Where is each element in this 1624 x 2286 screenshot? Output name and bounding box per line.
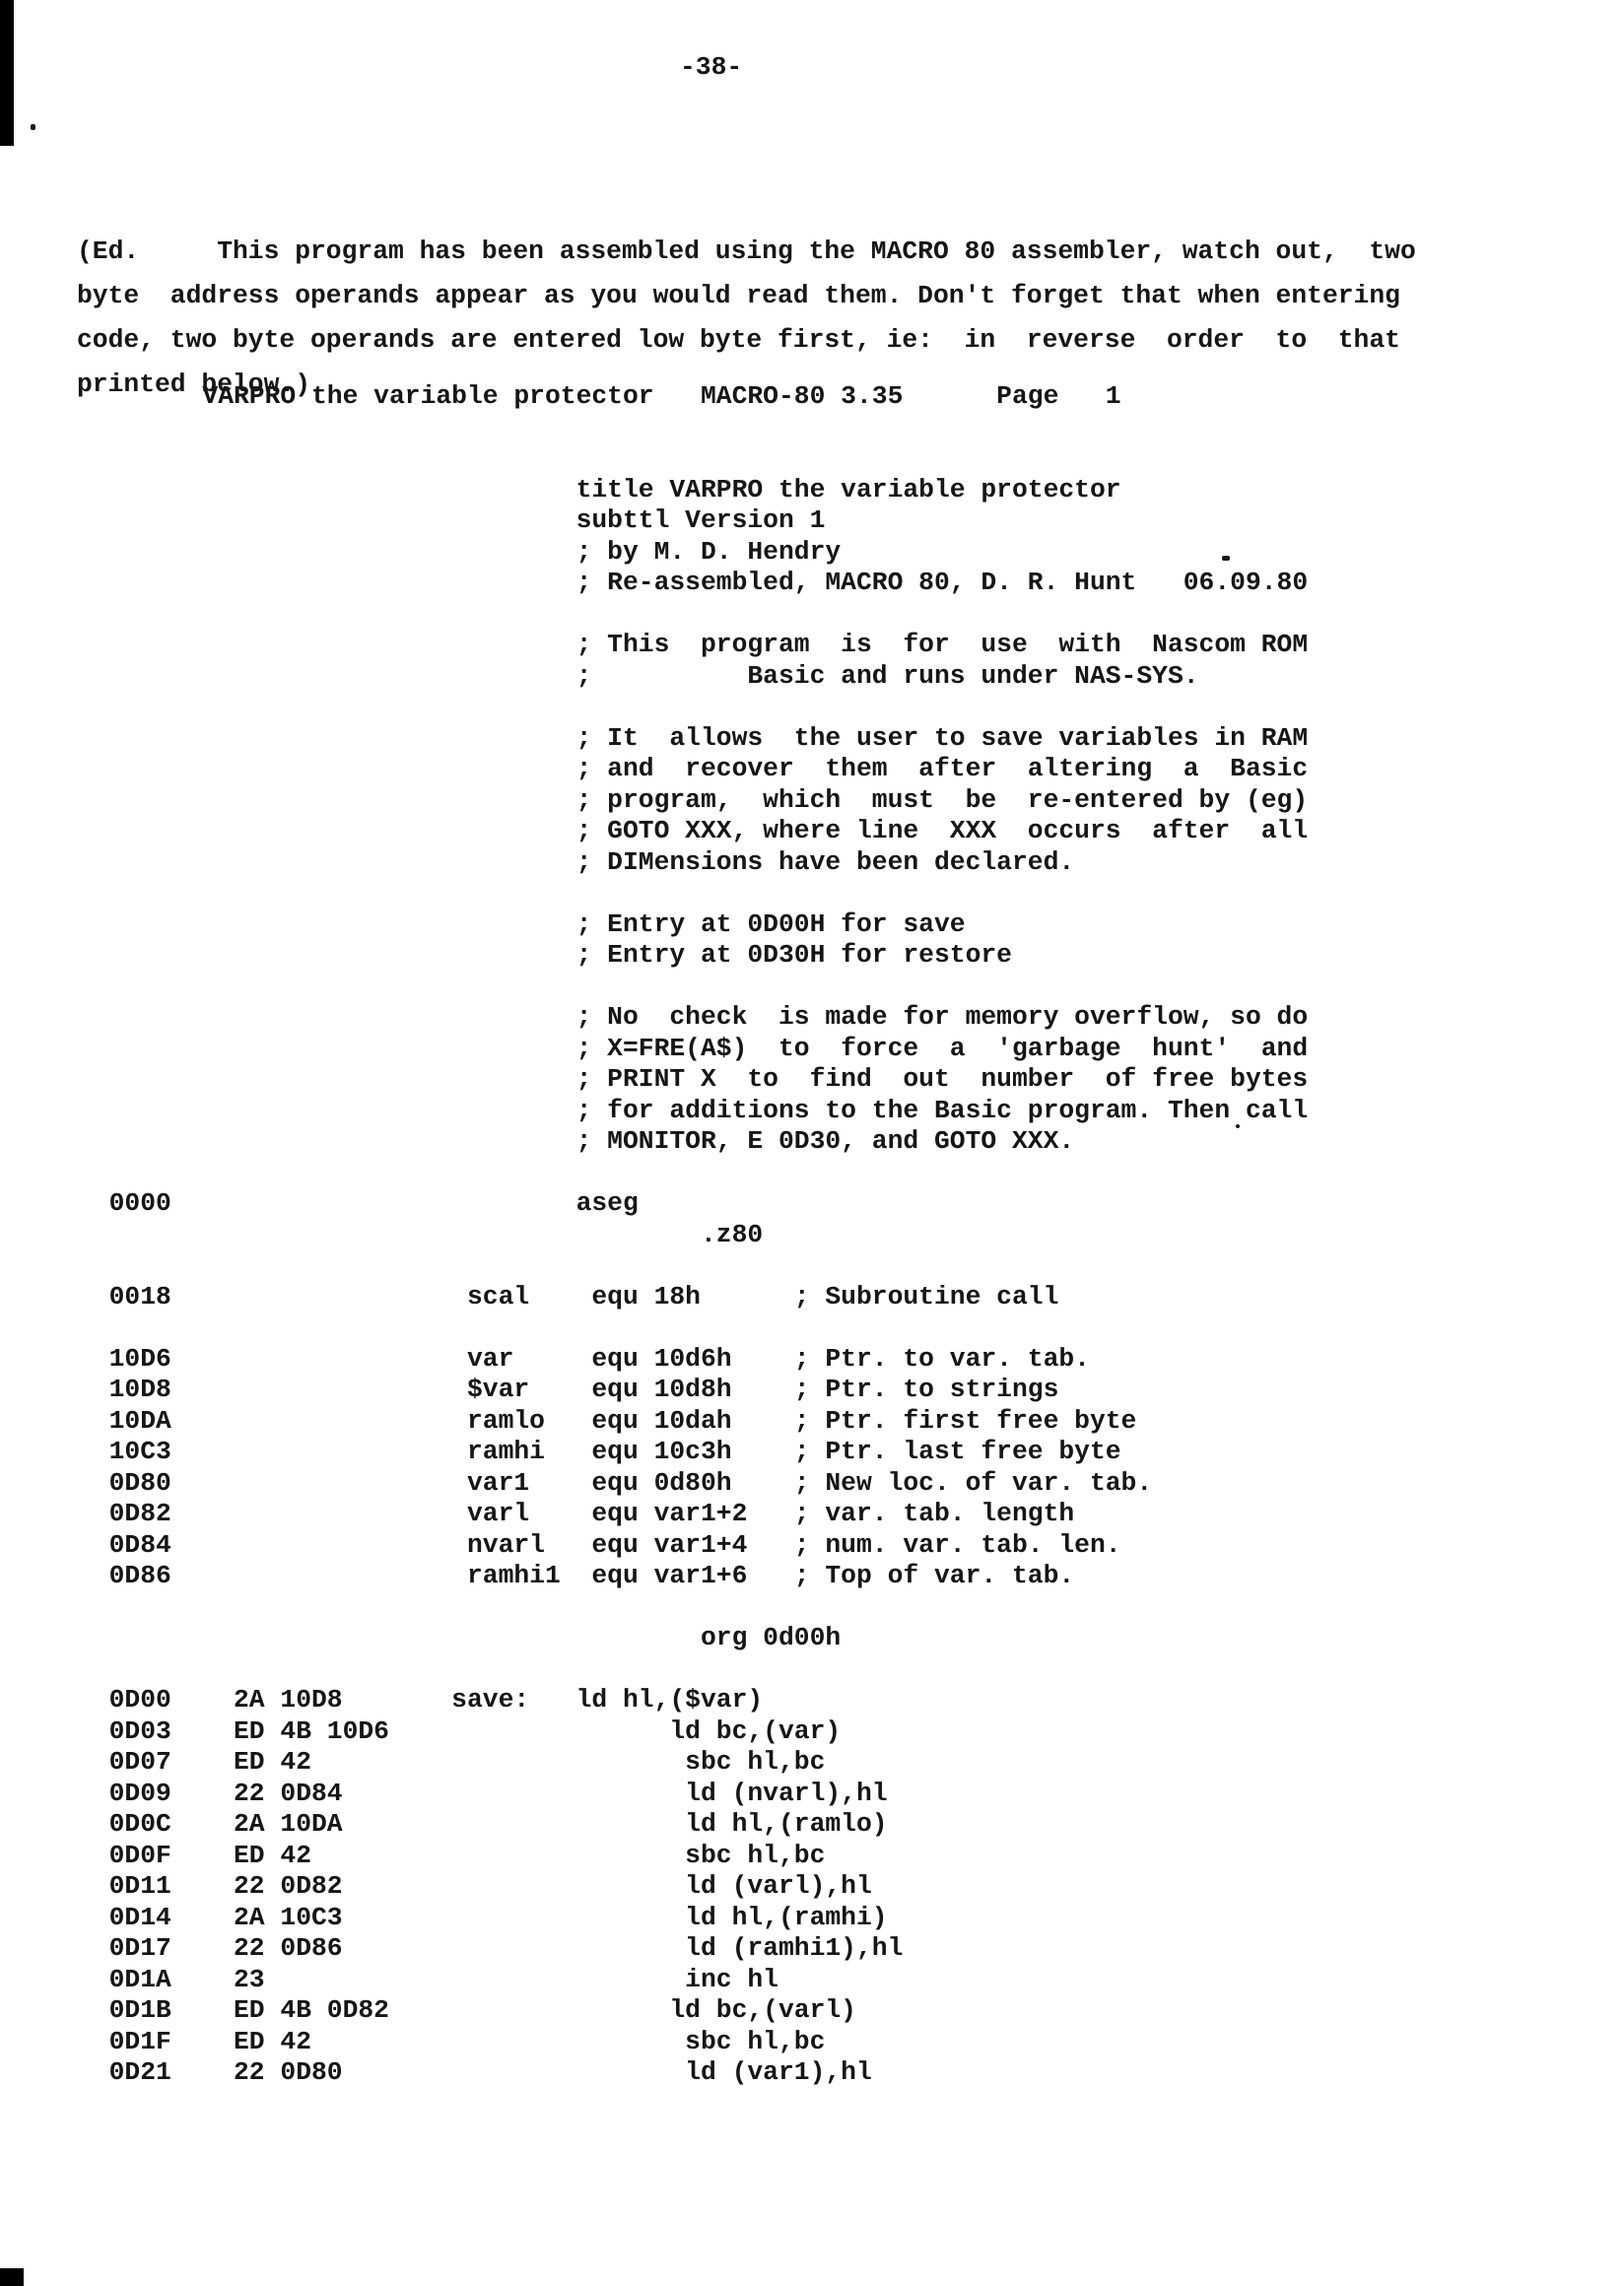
listing-line xyxy=(0,1654,1308,1686)
listing-line: 0D17 22 0D86 ld (ramhi1),hl xyxy=(0,1933,1308,1965)
listing-line xyxy=(0,972,1308,1003)
listing-line: 0D0F ED 42 sbc hl,bc xyxy=(0,1841,1308,1872)
listing-line xyxy=(0,1158,1308,1189)
listing-line xyxy=(0,413,1308,444)
listing-line xyxy=(0,878,1308,909)
listing-line: .z80 xyxy=(0,1220,1308,1251)
listing-line: 0018 scal equ 18h ; Subroutine call xyxy=(0,1282,1308,1313)
listing-line: ; Re-assembled, MACRO 80, D. R. Hunt 06.… xyxy=(0,568,1308,599)
listing-line: 10DA ramlo equ 10dah ; Ptr. first free b… xyxy=(0,1406,1308,1438)
listing-line: 0D84 nvarl equ var1+4 ; num. var. tab. l… xyxy=(0,1530,1308,1562)
listing-line: ; GOTO XXX, where line XXX occurs after … xyxy=(0,816,1308,847)
listing-line xyxy=(0,599,1308,631)
listing-line: ; MONITOR, E 0D30, and GOTO XXX. xyxy=(0,1126,1308,1158)
listing-line: title VARPRO the variable protector xyxy=(0,475,1308,506)
listing-line xyxy=(0,692,1308,723)
editor-note: (Ed. This program has been assembled usi… xyxy=(77,230,1416,407)
listing-line xyxy=(0,1312,1308,1344)
listing-line: 0D1F ED 42 sbc hl,bc xyxy=(0,2027,1308,2058)
listing-line: 0D11 22 0D82 ld (varl),hl xyxy=(0,1871,1308,1903)
scan-speck xyxy=(31,124,35,130)
listing-line xyxy=(0,443,1308,475)
listing-line: ; by M. D. Hendry xyxy=(0,537,1308,569)
scan-artifact-bottom-left xyxy=(0,2268,24,2286)
listing-line: 10D8 $var equ 10d8h ; Ptr. to strings xyxy=(0,1375,1308,1406)
listing-line: 0D14 2A 10C3 ld hl,(ramhi) xyxy=(0,1903,1308,1934)
listing-line: subttl Version 1 xyxy=(0,505,1308,537)
listing-line xyxy=(0,1250,1308,1282)
listing-line: ; This program is for use with Nascom RO… xyxy=(0,630,1308,661)
listing-line: 0D86 ramhi1 equ var1+6 ; Top of var. tab… xyxy=(0,1561,1308,1592)
editor-note-line: byte address operands appear as you woul… xyxy=(77,274,1416,318)
listing-line: ; and recover them after altering a Basi… xyxy=(0,754,1308,785)
listing-line: 0D03 ED 4B 10D6 ld bc,(var) xyxy=(0,1716,1308,1748)
listing-line: ; Entry at 0D30H for restore xyxy=(0,940,1308,972)
listing-line: 0D1A 23 inc hl xyxy=(0,1965,1308,1996)
listing-line: 0000 aseg xyxy=(0,1188,1308,1220)
listing-line: 0D0C 2A 10DA ld hl,(ramlo) xyxy=(0,1809,1308,1841)
listing-line: ; No check is made for memory overflow, … xyxy=(0,1002,1308,1034)
listing-line: 10D6 var equ 10d6h ; Ptr. to var. tab. xyxy=(0,1344,1308,1376)
listing-line: 0D82 varl equ var1+2 ; var. tab. length xyxy=(0,1499,1308,1530)
listing-line: VARPRO the variable protector MACRO-80 3… xyxy=(0,381,1308,413)
listing-line: ; X=FRE(A$) to force a 'garbage hunt' an… xyxy=(0,1034,1308,1065)
editor-note-line: code, two byte operands are entered low … xyxy=(77,318,1416,363)
listing-line: ; It allows the user to save variables i… xyxy=(0,723,1308,755)
listing-line: 0D00 2A 10D8 save: ld hl,($var) xyxy=(0,1685,1308,1716)
listing-line: ; DIMensions have been declared. xyxy=(0,847,1308,879)
listing-line: ; Entry at 0D00H for save xyxy=(0,909,1308,941)
listing-line: 0D1B ED 4B 0D82 ld bc,(varl) xyxy=(0,1995,1308,2027)
page-number: -38- xyxy=(680,52,742,84)
listing-line: 0D21 22 0D80 ld (var1),hl xyxy=(0,2057,1308,2089)
listing-line: 0D07 ED 42 sbc hl,bc xyxy=(0,1747,1308,1779)
listing-line: ; Basic and runs under NAS-SYS. xyxy=(0,661,1308,693)
listing-line: ; program, which must be re-entered by (… xyxy=(0,785,1308,817)
assembler-listing: VARPRO the variable protector MACRO-80 3… xyxy=(0,381,1308,2089)
listing-line: org 0d00h xyxy=(0,1623,1308,1654)
scan-artifact-top-left xyxy=(0,0,14,146)
listing-line: 0D80 var1 equ 0d80h ; New loc. of var. t… xyxy=(0,1468,1308,1500)
listing-line: 10C3 ramhi equ 10c3h ; Ptr. last free by… xyxy=(0,1437,1308,1468)
editor-note-line: (Ed. This program has been assembled usi… xyxy=(77,230,1416,274)
listing-line xyxy=(0,1592,1308,1624)
listing-line: ; for additions to the Basic program. Th… xyxy=(0,1096,1308,1127)
listing-line: 0D09 22 0D84 ld (nvarl),hl xyxy=(0,1779,1308,1810)
listing-line: ; PRINT X to find out number of free byt… xyxy=(0,1064,1308,1096)
